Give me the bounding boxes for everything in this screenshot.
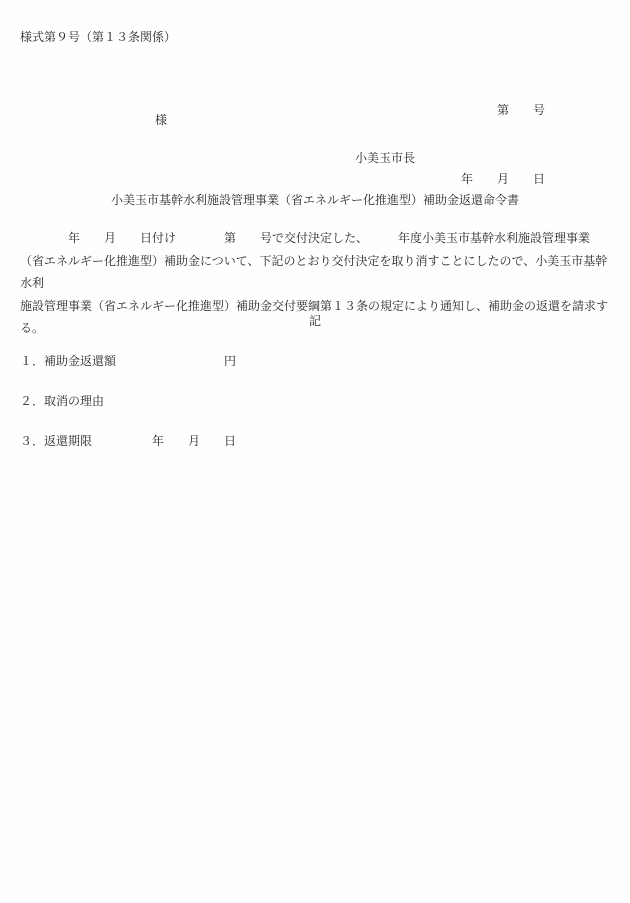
addressee-honorific: 様 [155, 114, 167, 126]
record-marker: 記 [0, 315, 630, 327]
document-number-slot: 第 号 [461, 99, 545, 122]
document-page: 様式第９号（第１３条関係） 第 号 年 月 日 様 小美玉市長 小美玉市基幹水利… [0, 0, 630, 903]
item-refund-deadline: ３．返還期限 年 月 日 [20, 435, 236, 447]
form-number-label: 様式第９号（第１３条関係） [20, 31, 176, 43]
item-cancellation-reason: ２．取消の理由 [20, 395, 104, 407]
item-refund-amount: １．補助金返還額 円 [20, 355, 236, 367]
header-right-block: 第 号 年 月 日 [461, 53, 545, 237]
document-date-slot: 年 月 日 [461, 168, 545, 191]
sender-mayor-label: 小美玉市長 [355, 152, 415, 164]
document-title: 小美玉市基幹水利施設管理事業（省エネルギー化推進型）補助金返還命令書 [0, 194, 630, 206]
